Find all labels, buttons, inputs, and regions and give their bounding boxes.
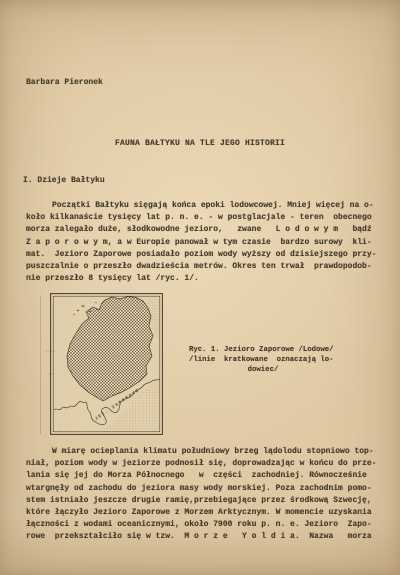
- figure-caption: Ryc. 1. Jezioro Zaporowe /Lodowe/ /linie…: [189, 345, 337, 375]
- page-title: FAUNA BAŁTYKU NA TLE JEGO HISTORII: [0, 139, 400, 148]
- text-line: rowe przekształciło się w tzw. M o r z e…: [26, 531, 382, 543]
- author-line: Barbara Pieronek: [26, 78, 103, 87]
- paragraph-2: W miarę ocieplania klimatu południowy br…: [26, 446, 382, 544]
- text-line: lania się jej do Morza Północnego w częś…: [26, 470, 382, 482]
- paper-crease-line: [40, 296, 41, 434]
- figure-map-ryc1: JEZ. ZAPOROWE: [50, 293, 163, 435]
- caption-line: /linie kratkowane oznaczają lo-: [189, 355, 337, 365]
- text-line: które łączyło Jezioro Zaporowe z Morzem …: [26, 507, 382, 519]
- scanned-document-page: Barbara Pieronek FAUNA BAŁTYKU NA TLE JE…: [0, 0, 400, 575]
- text-line: stem istniało jeszcze drugie ramię,przeb…: [26, 495, 382, 507]
- caption-line: dowiec/: [189, 365, 337, 375]
- text-line: Początki Bałtyku sięgają końca epoki lod…: [26, 200, 382, 212]
- text-line: wtargnęły od zachodu do jeziora masy wod…: [26, 483, 382, 495]
- section-heading: I. Dzieje Bałtyku: [23, 176, 105, 185]
- text-line: mat. Jezioro Zaporowe posiadało poziom w…: [26, 249, 382, 261]
- text-line: niał, poziom wody w jeziorze podnosił si…: [26, 458, 382, 470]
- text-line: Z a p o r o w y m, a w Europie panował w…: [26, 237, 382, 249]
- text-line: nie przeszło 8 tysięcy lat /ryc. 1/.: [26, 273, 382, 285]
- glacial-lake-map: JEZ. ZAPOROWE: [50, 293, 163, 435]
- caption-line: Ryc. 1. Jezioro Zaporowe /Lodowe/: [189, 345, 337, 355]
- text-line: W miarę ocieplania klimatu południowy br…: [26, 446, 382, 458]
- paragraph-1: Początki Bałtyku sięgają końca epoki lod…: [26, 200, 382, 285]
- text-line: morza zalegało duże, słodkowodne jezioro…: [26, 224, 382, 236]
- text-line: łączności z wodami oceanicznymi, około 7…: [26, 519, 382, 531]
- text-line: puszczalnie o przeszło dwadzieścia metró…: [26, 261, 382, 273]
- text-line: koło kilkanaście tysięcy lat p. n. e. - …: [26, 212, 382, 224]
